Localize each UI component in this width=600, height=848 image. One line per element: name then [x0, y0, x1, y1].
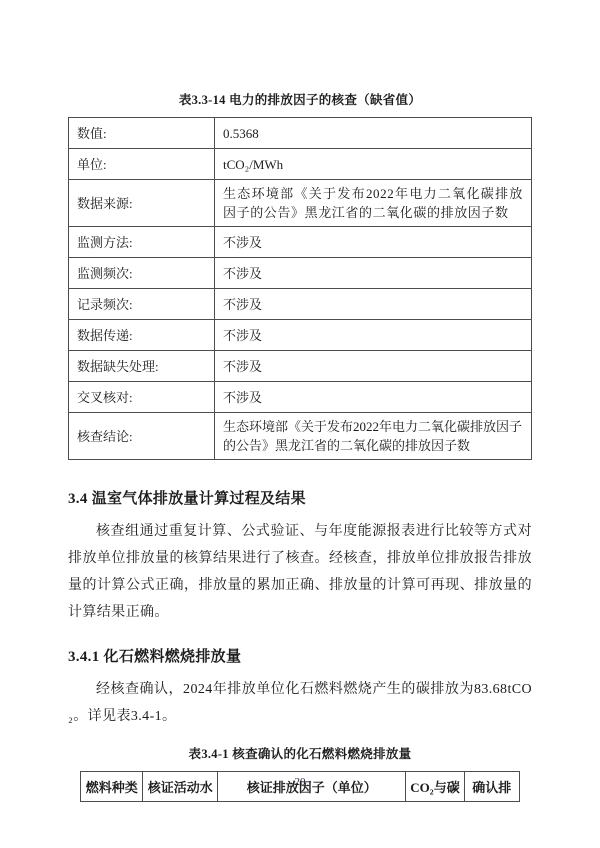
kv-label: 交叉核对:: [69, 382, 215, 413]
kv-row: 记录频次: 不涉及: [69, 289, 532, 320]
table-3-4-1-title: 表3.4-1 核查确认的化石燃料燃烧排放量: [68, 744, 532, 762]
kv-row: 数据缺失处理: 不涉及: [69, 351, 532, 382]
kv-value: 不涉及: [215, 382, 532, 413]
kv-label: 单位:: [69, 149, 215, 180]
kv-row: 核查结论: 生态环境部《关于发布2022年电力二氧化碳排放因子的公告》黑龙江省的…: [69, 413, 532, 460]
section-3-4-1-heading: 3.4.1 化石燃料燃烧排放量: [68, 645, 532, 666]
section-3-4-heading: 3.4 温室气体排放量计算过程及结果: [68, 487, 532, 508]
kv-row: 监测方法: 不涉及: [69, 227, 532, 258]
document-page: 表3.3-14 电力的排放因子的核查（缺省值） 数值: 0.5368 单位: t…: [0, 0, 600, 848]
kv-row: 数值: 0.5368: [69, 118, 532, 149]
kv-row: 交叉核对: 不涉及: [69, 382, 532, 413]
kv-value: tCO₂/MWh: [215, 149, 532, 180]
kv-value: 不涉及: [215, 351, 532, 382]
kv-value: 生态环境部《关于发布2022年电力二氧化碳排放因子的公告》黑龙江省的二氧化碳的排…: [215, 180, 532, 227]
kv-label: 监测频次:: [69, 258, 215, 289]
kv-value: 不涉及: [215, 320, 532, 351]
page-content: 表3.3-14 电力的排放因子的核查（缺省值） 数值: 0.5368 单位: t…: [68, 0, 532, 802]
kv-label: 数值:: [69, 118, 215, 149]
kv-label: 记录频次:: [69, 289, 215, 320]
section-3-4-1-paragraph: 经核查确认，2024年排放单位化石燃料燃烧产生的碳排放为83.68tCO₂。详见…: [68, 676, 532, 730]
kv-row: 数据来源: 生态环境部《关于发布2022年电力二氧化碳排放因子的公告》黑龙江省的…: [69, 180, 532, 227]
table-3-3-14: 数值: 0.5368 单位: tCO₂/MWh 数据来源: 生态环境部《关于发布…: [68, 117, 532, 460]
kv-value: 0.5368: [215, 118, 532, 149]
kv-label: 监测方法:: [69, 227, 215, 258]
kv-row: 监测频次: 不涉及: [69, 258, 532, 289]
kv-label: 数据来源:: [69, 180, 215, 227]
kv-row: 单位: tCO₂/MWh: [69, 149, 532, 180]
section-3-4-paragraph: 核查组通过重复计算、公式验证、与年度能源报表进行比较等方式对排放单位排放量的核算…: [68, 518, 532, 626]
kv-value: 生态环境部《关于发布2022年电力二氧化碳排放因子的公告》黑龙江省的二氧化碳的排…: [215, 413, 532, 460]
kv-value: 不涉及: [215, 227, 532, 258]
kv-value: 不涉及: [215, 258, 532, 289]
kv-label: 数据缺失处理:: [69, 351, 215, 382]
kv-label: 数据传递:: [69, 320, 215, 351]
table-3-3-14-title: 表3.3-14 电力的排放因子的核查（缺省值）: [68, 0, 532, 108]
kv-label: 核查结论:: [69, 413, 215, 460]
page-number: 20: [0, 776, 600, 788]
kv-row: 数据传递: 不涉及: [69, 320, 532, 351]
kv-value: 不涉及: [215, 289, 532, 320]
